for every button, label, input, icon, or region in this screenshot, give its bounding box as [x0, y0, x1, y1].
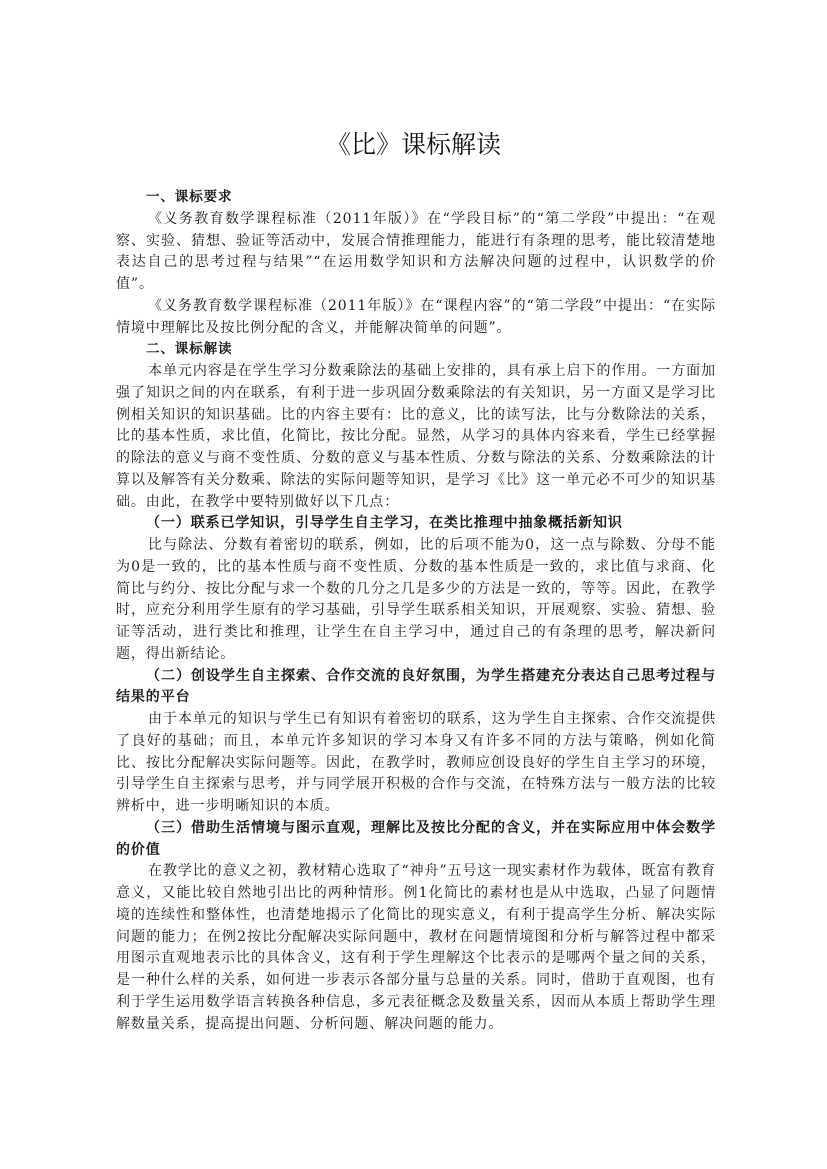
paragraph: 在教学比的意义之初，教材精心选取了“神舟”五号这一现实素材作为载体，既富有教育意…	[116, 861, 716, 1035]
section-heading-requirements: 一、课标要求	[116, 187, 716, 209]
subsection-heading-3: （三）借助生活情境与图示直观，理解比及按比分配的含义，并在实际应用中体会数学的价…	[116, 818, 716, 862]
subsection-heading-1: （一）联系已学知识，引导学生自主学习，在类比推理中抽象概括新知识	[116, 513, 716, 535]
subsection-heading-2: （二）创设学生自主探索、合作交流的良好氛围，为学生搭建充分表达自己思考过程与结果…	[116, 666, 716, 710]
document-title: 《比》课标解读	[0, 128, 827, 162]
paragraph: 由于本单元的知识与学生已有知识有着密切的联系，这为学生自主探索、合作交流提供了良…	[116, 709, 716, 818]
section-heading-interpretation: 二、课标解读	[116, 339, 716, 361]
paragraph: 比与除法、分数有着密切的联系，例如，比的后项不能为0，这一点与除数、分母不能为0…	[116, 535, 716, 666]
paragraph: 《义务教育数学课程标准（2011年版）》在“学段目标”的“第二学段”中提出：“在…	[116, 209, 716, 296]
paragraph: 《义务教育数学课程标准（2011年版）》在“课程内容”的“第二学段”中提出：“在…	[116, 296, 716, 340]
paragraph: 本单元内容是在学生学习分数乘除法的基础上安排的，具有承上启下的作用。一方面加强了…	[116, 361, 716, 513]
document-body: 一、课标要求 《义务教育数学课程标准（2011年版）》在“学段目标”的“第二学段…	[116, 187, 716, 1035]
document-page: 《比》课标解读 一、课标要求 《义务教育数学课程标准（2011年版）》在“学段目…	[0, 0, 827, 1169]
